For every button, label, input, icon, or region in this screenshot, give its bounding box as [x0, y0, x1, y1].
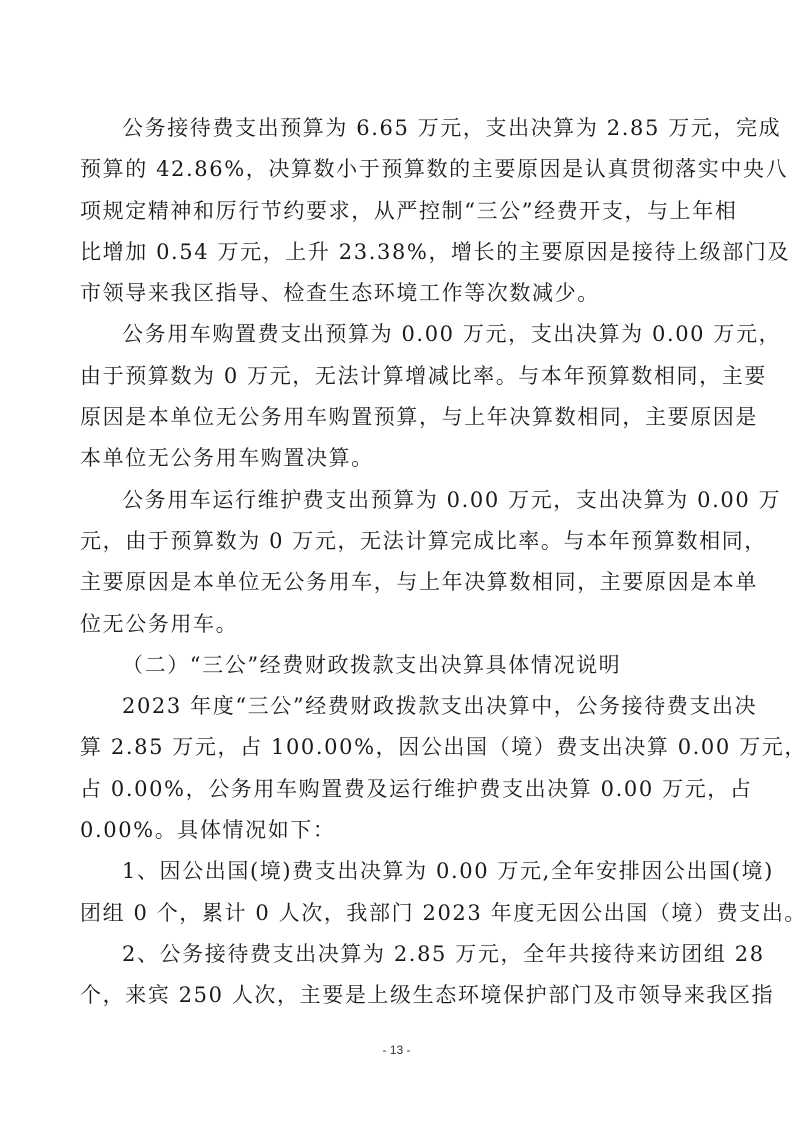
paragraph-summary-2023: 2023 年度“三公”经费财政拨款支出决算中，公务接待费支出决 算 2.85 万…	[80, 686, 714, 851]
text-line: 1、因公出国(境)费支出决算为 0.00 万元,全年安排因公出国(境)	[80, 851, 714, 892]
text-line: 本单位无公务用车购置决算。	[80, 438, 714, 479]
paragraph-reception-budget: 公务接待费支出预算为 6.65 万元，支出决算为 2.85 万元，完成 预算的 …	[80, 108, 714, 314]
paragraph-item-2-reception: 2、公务接待费支出决算为 2.85 万元，全年共接待来访团组 28 个，来宾 2…	[80, 934, 714, 1017]
text-line: 元，由于预算数为 0 万元，无法计算完成比率。与本年预算数相同，	[80, 521, 714, 562]
document-body: 公务接待费支出预算为 6.65 万元，支出决算为 2.85 万元，完成 预算的 …	[80, 108, 714, 1017]
text-line: 0.00%。具体情况如下：	[80, 810, 714, 851]
paragraph-vehicle-operation: 公务用车运行维护费支出预算为 0.00 万元，支出决算为 0.00 万 元，由于…	[80, 480, 714, 645]
text-line: 公务用车购置费支出预算为 0.00 万元，支出决算为 0.00 万元，	[80, 314, 714, 355]
text-line: 原因是本单位无公务用车购置预算，与上年决算数相同，主要原因是	[80, 397, 714, 438]
text-line: 2、公务接待费支出决算为 2.85 万元，全年共接待来访团组 28	[80, 934, 714, 975]
text-line: 由于预算数为 0 万元，无法计算增减比率。与本年预算数相同，主要	[80, 356, 714, 397]
text-line: 主要原因是本单位无公务用车，与上年决算数相同，主要原因是本单	[80, 562, 714, 603]
text-line: 公务用车运行维护费支出预算为 0.00 万元，支出决算为 0.00 万	[80, 480, 714, 521]
text-line: 2023 年度“三公”经费财政拨款支出决算中，公务接待费支出决	[80, 686, 714, 727]
page-number: - 13 -	[0, 1043, 793, 1057]
text-line: 预算的 42.86%，决算数小于预算数的主要原因是认真贯彻落实中央八	[80, 149, 714, 190]
text-line: 算 2.85 万元，占 100.00%，因公出国（境）费支出决算 0.00 万元…	[80, 727, 714, 768]
paragraph-item-1-overseas: 1、因公出国(境)费支出决算为 0.00 万元,全年安排因公出国(境) 团组 0…	[80, 851, 714, 934]
section-heading-text: （二）“三公”经费财政拨款支出决算具体情况说明	[80, 645, 714, 686]
text-line: 公务接待费支出预算为 6.65 万元，支出决算为 2.85 万元，完成	[80, 108, 714, 149]
text-line: 位无公务用车。	[80, 604, 714, 645]
text-line: 比增加 0.54 万元，上升 23.38%，增长的主要原因是接待上级部门及	[80, 232, 714, 273]
text-line: 个，来宾 250 人次，主要是上级生态环境保护部门及市领导来我区指	[80, 975, 714, 1016]
text-line: 市领导来我区指导、检查生态环境工作等次数减少。	[80, 273, 714, 314]
paragraph-vehicle-purchase: 公务用车购置费支出预算为 0.00 万元，支出决算为 0.00 万元， 由于预算…	[80, 314, 714, 479]
section-heading: （二）“三公”经费财政拨款支出决算具体情况说明	[80, 645, 714, 686]
document-page: 公务接待费支出预算为 6.65 万元，支出决算为 2.85 万元，完成 预算的 …	[0, 0, 793, 1122]
text-line: 项规定精神和厉行节约要求，从严控制“三公”经费开支，与上年相	[80, 191, 714, 232]
text-line: 占 0.00%，公务用车购置费及运行维护费支出决算 0.00 万元，占	[80, 769, 714, 810]
text-line: 团组 0 个，累计 0 人次，我部门 2023 年度无因公出国（境）费支出。	[80, 893, 714, 934]
